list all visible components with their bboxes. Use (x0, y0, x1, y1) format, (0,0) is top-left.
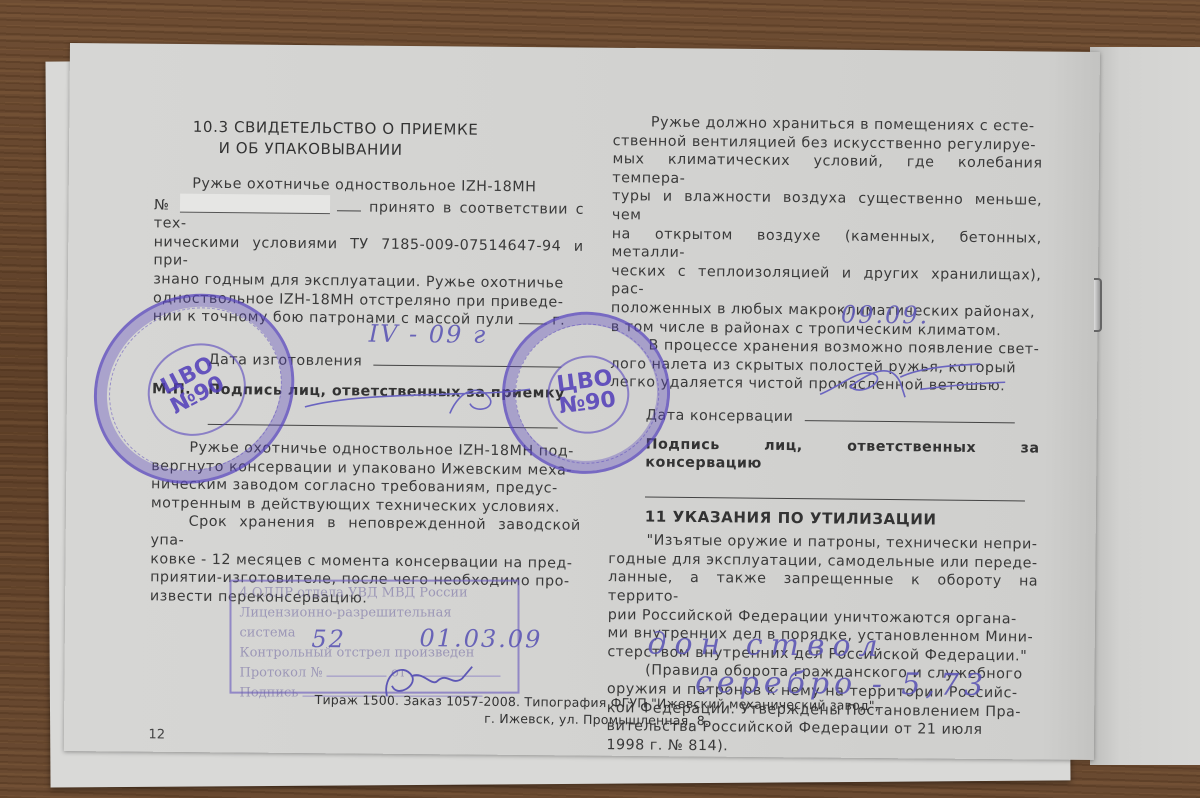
text-line: на открытом воздухе (каменных, бетонных,… (611, 225, 1041, 267)
handwritten-protocol-date: 01.03.09 (419, 624, 542, 653)
number-sign: № (154, 197, 172, 213)
handwritten-conservation-date: 09.09. (841, 301, 930, 330)
handwritten-manufacture-date: IV - 09 г (369, 320, 488, 349)
handwritten-protocol-number: 52 (311, 625, 346, 653)
section-heading-10-3: 10.3 СВИДЕТЕЛЬСТВО О ПРИЕМКЕ И ОБ УПАКОВ… (155, 116, 585, 163)
page-number: 12 (148, 727, 165, 742)
page-content: 10.3 СВИДЕТЕЛЬСТВО О ПРИЕМКЕ И ОБ УПАКОВ… (0, 0, 1200, 798)
handwritten-note-line1: дон ствол (647, 627, 886, 664)
text-line: ланные, а также запрещенные к обороту на… (608, 569, 1038, 611)
stamp-line: Подпись (240, 686, 299, 701)
text-line: ническими условиями ТУ 7185-009-07514647… (153, 233, 583, 275)
section-heading-11: 11 УКАЗАНИЯ ПО УТИЛИЗАЦИИ (645, 507, 1039, 530)
blank-line (337, 210, 361, 211)
conservation-date-row: Дата консервации (610, 406, 1040, 429)
text-line: мых климатических условий, где колебания… (612, 150, 1042, 192)
registration-signature-icon (377, 656, 498, 707)
storage-term-paragraph: Срок хранения в неповрежденной заводской… (150, 513, 580, 555)
conservation-signature-icon (800, 356, 1021, 408)
conservation-signature-field (645, 474, 1025, 501)
conservation-signature-label: Подпись лиц, ответственных за консерваци… (645, 436, 1039, 472)
text-line: ческих с теплоизоляцией и других хранили… (611, 262, 1041, 304)
handwritten-note-line2: серебро - 5,73 (695, 665, 988, 703)
serial-number-line: № принято в соответствии с тех- (154, 193, 584, 238)
heading-line: И ОБ УПАКОВЫВАНИИ (155, 137, 585, 163)
stamp-line: Протокол № (240, 666, 323, 681)
redacted-serial-number (180, 193, 330, 214)
conservation-signature-row: Подпись лиц, ответственных за консерваци… (609, 435, 1039, 477)
stamp-line: 4 ОЛЛР отдела УВД МВД России (240, 584, 510, 604)
conservation-date-field (804, 420, 1014, 423)
text-line: туры и влажности воздуха существенно мен… (612, 187, 1042, 229)
text-line: Срок хранения в неповрежденной заводской… (150, 513, 580, 555)
